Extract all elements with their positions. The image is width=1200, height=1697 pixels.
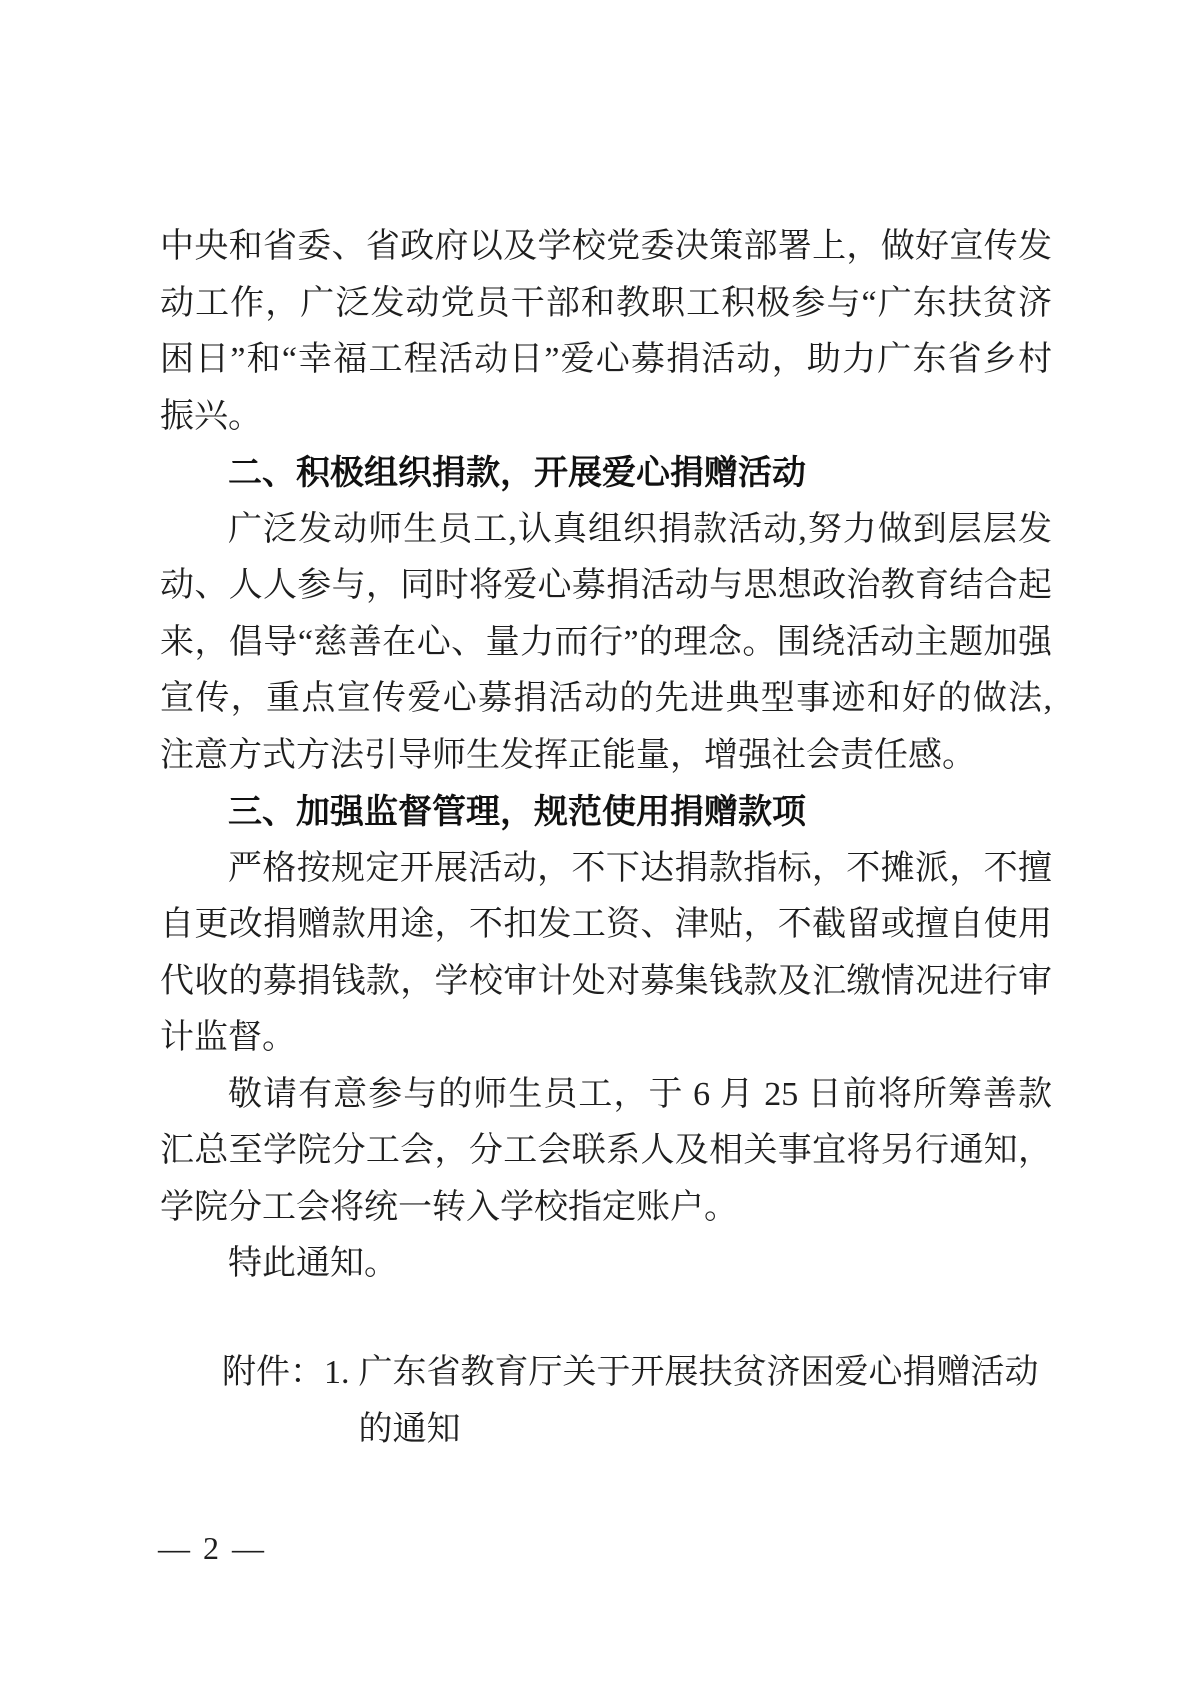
- section-heading: 三、加强监督管理，规范使用捐赠款项: [160, 784, 1052, 841]
- page-footer: — 2 —: [158, 1531, 264, 1565]
- attachment-section: 附件： 1.广东省教育厅关于开展扶贫济困爱心捐赠活动的通知: [222, 1345, 1055, 1458]
- paragraph: 特此通知。: [160, 1236, 1052, 1293]
- attachment-list: 1.广东省教育厅关于开展扶贫济困爱心捐赠活动的通知: [324, 1345, 1055, 1458]
- paragraph: 中央和省委、省政府以及学校党委决策部署上，做好宣传发动工作，广泛发动党员干部和教…: [160, 219, 1052, 445]
- attachment-label: 附件：: [222, 1345, 324, 1402]
- attachment-item-text: 广东省教育厅关于开展扶贫济困爱心捐赠活动的通知: [359, 1345, 1055, 1458]
- document-body: 中央和省委、省政府以及学校党委决策部署上，做好宣传发动工作，广泛发动党员干部和教…: [160, 219, 1052, 1293]
- document-page: 中央和省委、省政府以及学校党委决策部署上，做好宣传发动工作，广泛发动党员干部和教…: [0, 0, 1200, 1697]
- paragraph: 广泛发动师生员工,认真组织捐款活动,努力做到层层发动、人人参与，同时将爱心募捐活…: [160, 502, 1052, 785]
- section-heading: 二、积极组织捐款，开展爱心捐赠活动: [160, 445, 1052, 502]
- footer-dash-left: —: [158, 1531, 190, 1565]
- attachment-item-number: 1.: [324, 1345, 359, 1402]
- attachment-item: 1.广东省教育厅关于开展扶贫济困爱心捐赠活动的通知: [324, 1345, 1055, 1458]
- footer-dash-right: —: [232, 1531, 264, 1565]
- page-number: 2: [203, 1531, 219, 1565]
- paragraph: 敬请有意参与的师生员工，于 6 月 25 日前将所筹善款汇总至学院分工会，分工会…: [160, 1067, 1052, 1237]
- paragraph: 严格按规定开展活动，不下达捐款指标，不摊派，不擅自更改捐赠款用途，不扣发工资、津…: [160, 841, 1052, 1067]
